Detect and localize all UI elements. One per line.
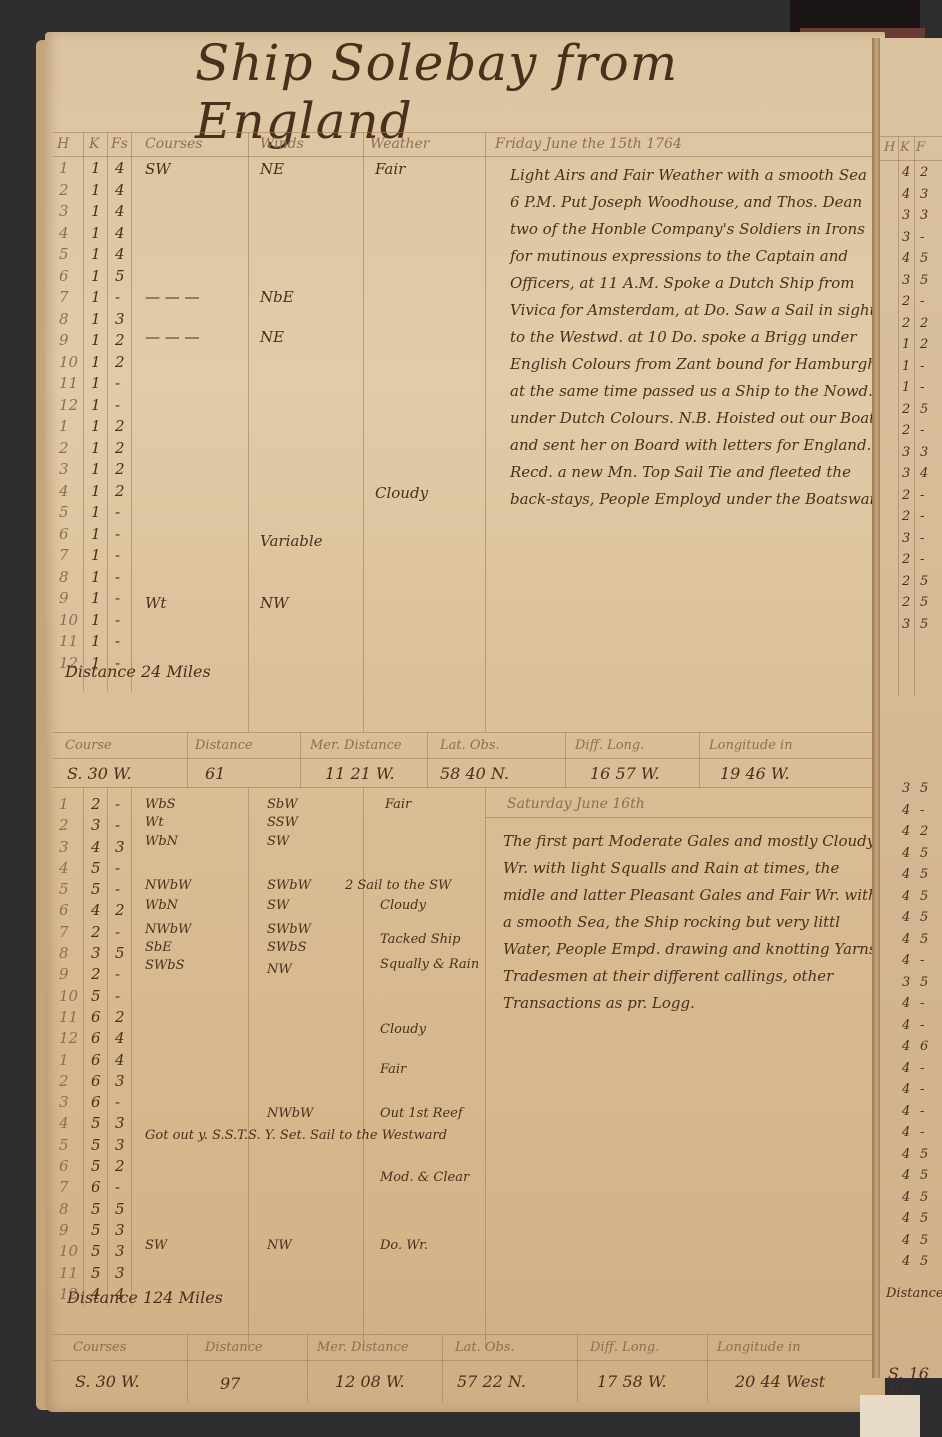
wind-entry: NbE [260, 288, 294, 306]
course-entry: SbE [145, 940, 172, 955]
summary-value: 12 08 W. [335, 1372, 405, 1391]
course-entry: — — — [145, 288, 200, 306]
col-header-hour: H [57, 136, 69, 152]
weather-entry: Mod. & Clear [380, 1170, 469, 1185]
fathoms-column-day1: 444445-322--2222-------- [115, 158, 125, 674]
summary-value: 57 22 N. [457, 1372, 526, 1391]
wind-entry: SWbW [267, 922, 311, 937]
course-entry: SWbS [145, 958, 185, 973]
distance-line-day2: Distance 124 Miles [67, 1288, 223, 1307]
summary-value: 58 40 N. [440, 764, 509, 783]
summary-label: Lat. Obs. [455, 1340, 515, 1355]
distance-line-day1: Distance 24 Miles [65, 662, 211, 681]
col-header-weather: Weather [370, 136, 430, 152]
facing-col-header-fathoms: F [916, 140, 925, 155]
wind-entry: NW [267, 962, 292, 977]
summary-label: Lat. Obs. [440, 738, 500, 753]
course-entry: — — — [145, 328, 200, 346]
knots-column-day1: 111111111111111111111111 [91, 158, 101, 674]
summary-value: 97 [220, 1374, 240, 1393]
summary-label: Diff. Long. [590, 1340, 659, 1355]
weather-entry: Tacked Ship [380, 932, 460, 947]
weather-entry: Cloudy [375, 484, 428, 502]
weather-entry: Cloudy [380, 1022, 426, 1037]
wind-entry: SWbW [267, 878, 311, 893]
facing-col-header-knots: K [900, 140, 910, 155]
summary-label: Longitude in [717, 1340, 801, 1355]
weather-entry: Squally & Rain [380, 957, 479, 972]
course-entry: WbS [145, 797, 176, 812]
summary-value: 17 58 W. [597, 1372, 667, 1391]
facing-knots-bottom: 34444444434444444444444 [902, 778, 910, 1273]
weather-entry: Fair [380, 1062, 406, 1077]
wind-entry: SWbS [267, 940, 307, 955]
summary-label: Courses [73, 1340, 126, 1355]
course-entry: WbN [145, 834, 178, 849]
wind-entry: SW [267, 834, 289, 849]
log-page-right-partial: H K F 4433432211122332232223 233-55-22--… [880, 38, 942, 1378]
log-page-left: Ship Solebay from England H K Fs Courses… [45, 32, 885, 1412]
wind-entry: NWbW [267, 1106, 313, 1121]
wind-entry: NE [260, 160, 284, 178]
course-entry: SW [145, 1238, 167, 1253]
hours-column-day2: 123456789101112123456789101112 [59, 794, 81, 1305]
course-entry: NWbW [145, 878, 191, 893]
weather-entry: Fair [375, 160, 405, 178]
col-header-courses: Courses [145, 136, 203, 152]
facing-col-header-hour: H [884, 140, 895, 155]
summary-value: 20 44 West [735, 1372, 825, 1391]
hours-column-day1: 123456789101112123456789101112 [59, 158, 81, 674]
summary-value: 19 46 W. [720, 764, 790, 783]
col-header-fathoms: Fs [111, 136, 128, 152]
summary-label: Distance [195, 738, 253, 753]
page-marker-tab [860, 1395, 920, 1437]
date-header-day1: Friday June the 15th 1764 [495, 136, 682, 152]
course-entry: SW [145, 160, 171, 178]
wind-entry: Variable [260, 532, 323, 550]
wind-entry: NW [267, 1238, 292, 1253]
narrative-day2: The first part Moderate Gales and mostly… [503, 828, 883, 1017]
facing-fathoms-bottom: 5-255555-5--6----555555 [920, 778, 928, 1273]
weather-entry: Fair [385, 797, 411, 812]
wind-entry: NW [260, 594, 289, 612]
summary-value: S. 30 W. [67, 764, 132, 783]
summary-label: Distance [205, 1340, 263, 1355]
col-header-knots: K [89, 136, 99, 152]
narrative-day1: Light Airs and Fair Weather with a smoot… [510, 162, 890, 513]
summary-value: S. 30 W. [75, 1372, 140, 1391]
summary-value: 11 21 W. [325, 764, 395, 783]
wind-entry: SSW [267, 815, 298, 830]
weather-entry: Out 1st Reef [380, 1106, 463, 1121]
knots-column-day2: 234554232566666555655554 [91, 794, 101, 1305]
summary-label: Mer. Distance [310, 738, 402, 753]
weather-entry: Do. Wr. [380, 1238, 428, 1253]
wind-entry: SW [267, 898, 289, 913]
summary-label: Longitude in [709, 738, 793, 753]
facing-distance-label: Distance [886, 1286, 942, 1301]
facing-fathoms-top: 233-55-22--5-34----555 [920, 162, 928, 635]
weather-entry: Cloudy [380, 898, 426, 913]
course-entry: Wt [145, 815, 164, 830]
weather-entry: 2 Sail to the SW [345, 878, 451, 893]
summary-label: Mer. Distance [317, 1340, 409, 1355]
date-header-day2: Saturday June 16th [507, 796, 645, 812]
course-entry: NWbW [145, 922, 191, 937]
col-header-winds: Winds [260, 136, 304, 152]
summary-label: Diff. Long. [575, 738, 644, 753]
wind-entry: SbW [267, 797, 298, 812]
summary-value: 16 57 W. [590, 764, 660, 783]
course-entry: Got out y. S.S.T.S. Y. Set. Sail to the … [145, 1128, 447, 1143]
course-entry: WbN [145, 898, 178, 913]
summary-value: 61 [205, 764, 225, 783]
fathoms-column-day2: --3--2-5--2443-332-53334 [115, 794, 125, 1305]
wind-entry: NE [260, 328, 284, 346]
course-entry: Wt [145, 594, 166, 612]
summary-label: Course [65, 738, 112, 753]
facing-knots-top: 4433432211122332232223 [902, 162, 910, 635]
